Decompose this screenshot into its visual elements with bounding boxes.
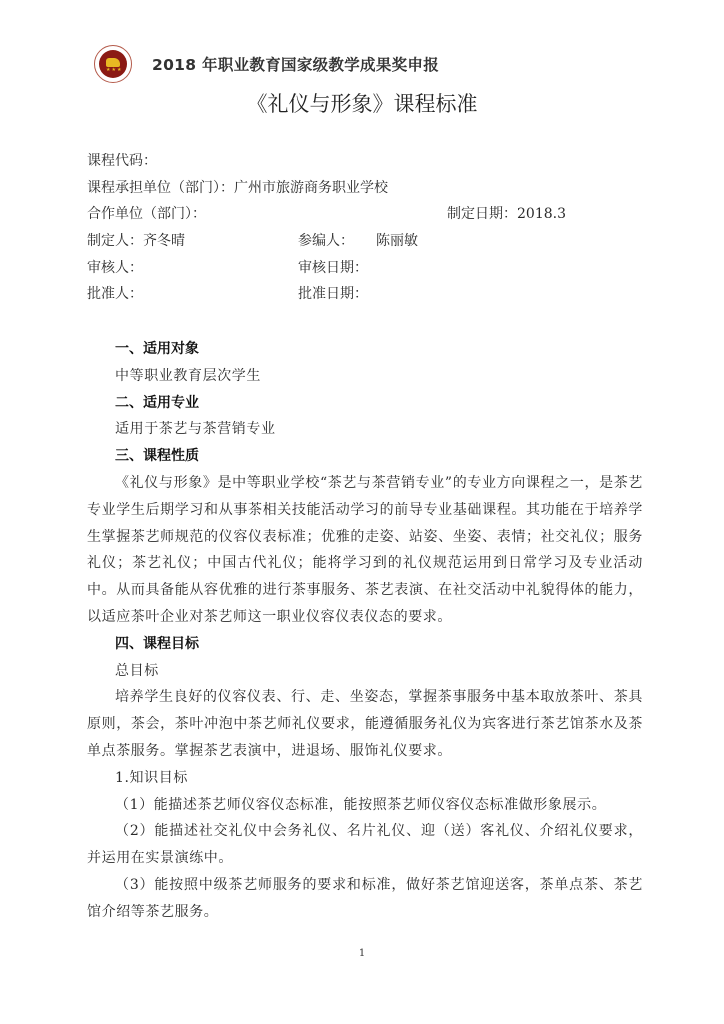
meta-approve: 批准人： 批准日期： xyxy=(87,281,647,308)
meta-review: 审核人： 审核日期： xyxy=(87,255,647,282)
section-heading: 三、课程性质 xyxy=(87,443,643,470)
section-paragraph: 《礼仪与形象》是中等职业学校“茶艺与茶营销专业”的专业方向课程之一，是茶艺专业学… xyxy=(87,470,643,631)
section-heading: 一、适用对象 xyxy=(87,336,643,363)
section-paragraph: 适用于茶艺与茶营销专业 xyxy=(87,416,643,443)
coauthor-field: 参编人：陈丽敏 xyxy=(298,228,418,255)
section-paragraph: 培养学生良好的仪容仪表、行、走、坐姿态，掌握茶事服务中基本取放茶叶、茶具原则，茶… xyxy=(87,684,643,764)
section-paragraph: 中等职业教育层次学生 xyxy=(87,363,643,390)
page-header: ★★★ 2018 年职业教育国家级教学成果奖申报 xyxy=(94,44,439,84)
knowledge-item: （1）能描述茶艺师仪容仪态标准，能按照茶艺师仪容仪态标准做形象展示。 xyxy=(87,792,643,819)
subsection-heading: 总目标 xyxy=(87,658,643,685)
date-field: 制定日期：2018.3 xyxy=(447,201,566,228)
course-metadata: 课程代码： 课程承担单位（部门）：广州市旅游商务职业学校 合作单位（部门）： 制… xyxy=(87,148,647,308)
page-number: 1 xyxy=(0,948,724,959)
date-value: 2018.3 xyxy=(517,206,566,222)
knowledge-item: （3）能按照中级茶艺师服务的要求和标准，做好茶艺馆迎送客，茶单点茶、茶艺馆介绍等… xyxy=(87,872,643,926)
knowledge-heading: 1.知识目标 xyxy=(87,765,643,792)
meta-partner: 合作单位（部门）： 制定日期：2018.3 xyxy=(87,201,647,228)
author-value: 齐冬晴 xyxy=(143,233,185,249)
document-page: ★★★ 2018 年职业教育国家级教学成果奖申报 《礼仪与形象》课程标准 课程代… xyxy=(0,0,724,1024)
date-label: 制定日期： xyxy=(447,206,517,222)
coauthor-label: 参编人： xyxy=(298,233,354,249)
author-label: 制定人： xyxy=(87,233,143,249)
coauthor-value: 陈丽敏 xyxy=(376,233,418,249)
school-emblem-icon: ★★★ xyxy=(94,45,132,83)
course-code-label: 课程代码： xyxy=(87,153,157,169)
knowledge-item: （2）能描述社交礼仪中会务礼仪、名片礼仪、迎（送）客礼仪、介绍礼仪要求，并运用在… xyxy=(87,818,643,872)
meta-unit: 课程承担单位（部门）：广州市旅游商务职业学校 xyxy=(87,175,647,202)
approve-date-label: 批准日期： xyxy=(298,281,368,308)
section-heading: 四、课程目标 xyxy=(87,631,643,658)
unit-label: 课程承担单位（部门）： xyxy=(87,180,234,196)
partner-label: 合作单位（部门）： xyxy=(87,206,206,222)
meta-authors: 制定人：齐冬晴 参编人：陈丽敏 xyxy=(87,228,647,255)
meta-course-code: 课程代码： xyxy=(87,148,647,175)
header-title: 2018 年职业教育国家级教学成果奖申报 xyxy=(152,53,439,75)
approver-label: 批准人： xyxy=(87,286,143,302)
unit-value: 广州市旅游商务职业学校 xyxy=(234,180,388,196)
document-body: 一、适用对象 中等职业教育层次学生 二、适用专业 适用于茶艺与茶营销专业 三、课… xyxy=(87,336,643,926)
section-heading: 二、适用专业 xyxy=(87,390,643,417)
reviewer-label: 审核人： xyxy=(87,260,143,276)
document-title: 《礼仪与形象》课程标准 xyxy=(0,88,724,118)
review-date-label: 审核日期： xyxy=(298,255,368,282)
